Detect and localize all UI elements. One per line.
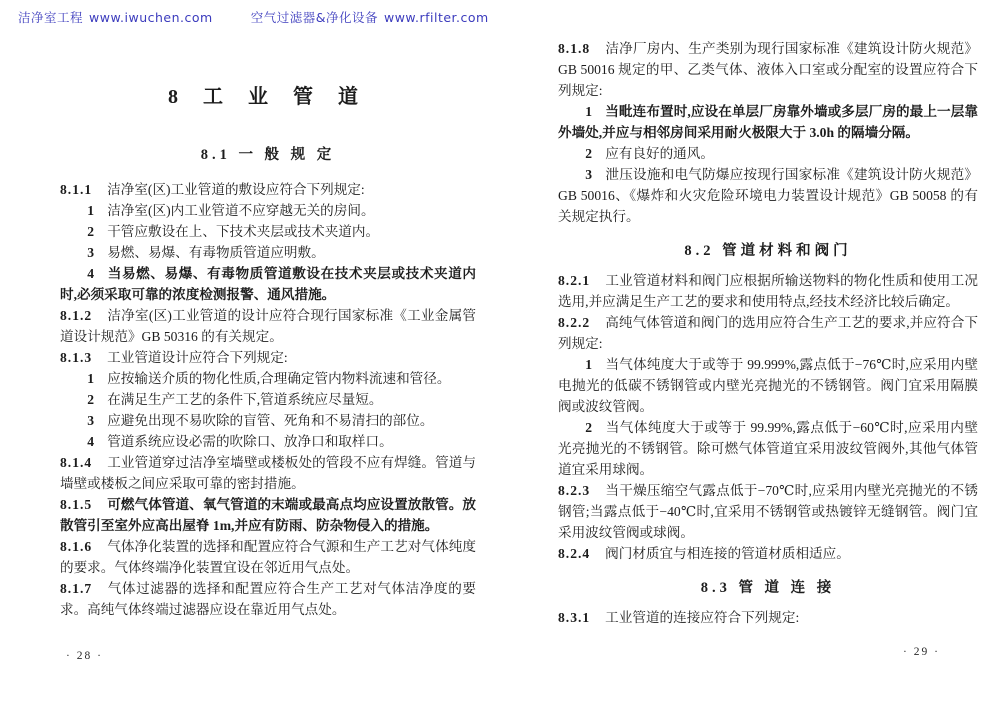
paragraph-text: 可燃气体管道、氧气管道的末端或最高点均应设置放散管。放散管引至室外应高出屋脊 1… — [60, 497, 476, 533]
list-item-paragraph: 4管道系统应设必需的吹除口、放净口和取样口。 — [60, 431, 476, 452]
list-item-paragraph: 4当易燃、易爆、有毒物质管道敷设在技术夹层或技术夹道内时,必须采取可靠的浓度检测… — [60, 263, 476, 305]
clause-paragraph: 8.2.3当干燥压缩空气露点低于−70℃时,应采用内壁光亮抛光的不锈钢管;当露点… — [558, 480, 978, 543]
list-item-paragraph: 1当毗连布置时,应设在单层厂房靠外墙或多层厂房的最上一层靠外墙处,并应与相邻房间… — [558, 101, 978, 143]
paragraph-text: 洁净室(区)内工业管道不应穿越无关的房间。 — [107, 203, 374, 218]
clause-number: 8.1.2 — [60, 308, 92, 323]
list-item-paragraph: 3应避免出现不易吹除的盲管、死角和不易清扫的部位。 — [60, 410, 476, 431]
paragraph-text: 高纯气体管道和阀门的选用应符合生产工艺的要求,并应符合下列规定: — [558, 315, 978, 351]
clause-paragraph: 8.1.2洁净室(区)工业管道的设计应符合现行国家标准《工业金属管道设计规范》G… — [60, 305, 476, 347]
clause-number: 3 — [585, 167, 593, 182]
clause-number: 8.1.3 — [60, 350, 92, 365]
paragraph-text: 在满足生产工艺的条件下,管道系统应尽量短。 — [107, 392, 382, 407]
paragraph-text: 干管应敷设在上、下技术夹层或技术夹道内。 — [107, 224, 379, 239]
paragraph-text: 工业管道的连接应符合下列规定: — [605, 610, 799, 625]
page-number-right: · 29 · — [903, 646, 940, 658]
clause-paragraph: 8.3.1工业管道的连接应符合下列规定: — [558, 607, 978, 628]
clause-number: 8.2.1 — [558, 273, 590, 288]
paragraph-text: 应避免出现不易吹除的盲管、死角和不易清扫的部位。 — [107, 413, 433, 428]
clause-number: 8.1.6 — [60, 539, 92, 554]
chapter-title: 8 工 业 管 道 — [60, 80, 476, 109]
clause-number: 2 — [585, 146, 593, 161]
paragraph-text: 当气体纯度大于或等于 99.999%,露点低于−76℃时,应采用内壁电抛光的低碳… — [558, 357, 978, 414]
clause-paragraph: 8.1.5可燃气体管道、氧气管道的末端或最高点均应设置放散管。放散管引至室外应高… — [60, 494, 476, 536]
clause-number: 8.1.4 — [60, 455, 92, 470]
right-page: 8.1.8洁净厂房内、生产类别为现行国家标准《建筑设计防火规范》GB 50016… — [558, 38, 978, 628]
site-url-left: www.iwuchen.com — [89, 10, 213, 25]
paragraph-text: 工业管道材料和阀门应根据所输送物料的物化性质和使用工况选用,并应满足生产工艺的要… — [558, 273, 978, 309]
clause-number: 2 — [585, 420, 593, 435]
paragraph-text: 当毗连布置时,应设在单层厂房靠外墙或多层厂房的最上一层靠外墙处,并应与相邻房间采… — [558, 104, 978, 140]
paragraph-text: 泄压设施和电气防爆应按现行国家标准《建筑设计防火规范》GB 50016、《爆炸和… — [558, 167, 978, 224]
list-item-paragraph: 2干管应敷设在上、下技术夹层或技术夹道内。 — [60, 221, 476, 242]
clause-number: 1 — [585, 357, 593, 372]
clause-number: 8.1.7 — [60, 581, 92, 596]
list-item-paragraph: 3泄压设施和电气防爆应按现行国家标准《建筑设计防火规范》GB 50016、《爆炸… — [558, 164, 978, 227]
clause-paragraph: 8.1.6气体净化装置的选择和配置应符合气源和生产工艺对气体纯度的要求。气体终端… — [60, 536, 476, 578]
clause-paragraph: 8.2.2高纯气体管道和阀门的选用应符合生产工艺的要求,并应符合下列规定: — [558, 312, 978, 354]
clause-number: 3 — [87, 413, 95, 428]
clause-number: 3 — [87, 245, 95, 260]
clause-paragraph: 8.2.4阀门材质宜与相连接的管道材质相适应。 — [558, 543, 978, 564]
clause-number: 8.2.2 — [558, 315, 590, 330]
list-item-paragraph: 1洁净室(区)内工业管道不应穿越无关的房间。 — [60, 200, 476, 221]
clause-number: 8.3.1 — [558, 610, 590, 625]
paragraph-text: 阀门材质宜与相连接的管道材质相适应。 — [605, 546, 850, 561]
clause-number: 8.2.3 — [558, 483, 590, 498]
clause-number: 2 — [87, 224, 95, 239]
section-heading: 8.3 管 道 连 接 — [558, 576, 978, 597]
left-page: 8 工 业 管 道 8.1 一 般 规 定 8.1.1洁净室(区)工业管道的敷设… — [60, 80, 476, 620]
clause-number: 1 — [87, 203, 95, 218]
left-page-body: 8.1.1洁净室(区)工业管道的敷设应符合下列规定:1洁净室(区)内工业管道不应… — [60, 179, 476, 620]
clause-paragraph: 8.2.1工业管道材料和阀门应根据所输送物料的物化性质和使用工况选用,并应满足生… — [558, 270, 978, 312]
paragraph-text: 气体净化装置的选择和配置应符合气源和生产工艺对气体纯度的要求。气体终端净化装置宜… — [60, 539, 476, 575]
watermark-header: 洁净室工程www.iwuchen.com空气过滤器&净化设备www.rfilte… — [18, 8, 495, 26]
clause-number: 8.1.1 — [60, 182, 92, 197]
clause-paragraph: 8.1.8洁净厂房内、生产类别为现行国家标准《建筑设计防火规范》GB 50016… — [558, 38, 978, 101]
section-heading: 8.2 管道材料和阀门 — [558, 239, 978, 260]
list-item-paragraph: 2当气体纯度大于或等于 99.99%,露点低于−60℃时,应采用内壁光亮抛光的不… — [558, 417, 978, 480]
list-item-paragraph: 1当气体纯度大于或等于 99.999%,露点低于−76℃时,应采用内壁电抛光的低… — [558, 354, 978, 417]
list-item-paragraph: 2在满足生产工艺的条件下,管道系统应尽量短。 — [60, 389, 476, 410]
site-name-right: 空气过滤器&净化设备 — [251, 10, 378, 25]
list-item-paragraph: 3易燃、易爆、有毒物质管道应明敷。 — [60, 242, 476, 263]
clause-number: 8.2.4 — [558, 546, 590, 561]
clause-number: 8.1.8 — [558, 41, 590, 56]
paragraph-text: 管道系统应设必需的吹除口、放净口和取样口。 — [107, 434, 392, 449]
site-name-left: 洁净室工程 — [18, 10, 83, 25]
site-url-right: www.rfilter.com — [384, 10, 489, 25]
paragraph-text: 当气体纯度大于或等于 99.99%,露点低于−60℃时,应采用内壁光亮抛光的不锈… — [558, 420, 978, 477]
paragraph-text: 工业管道穿过洁净室墙壁或楼板处的管段不应有焊缝。管道与墙壁或楼板之间应采取可靠的… — [60, 455, 476, 491]
paragraph-text: 应按输送介质的物化性质,合理确定管内物料流速和管径。 — [107, 371, 450, 386]
list-item-paragraph: 2应有良好的通风。 — [558, 143, 978, 164]
clause-number: 1 — [87, 371, 95, 386]
paragraph-text: 洁净室(区)工业管道的设计应符合现行国家标准《工业金属管道设计规范》GB 503… — [60, 308, 476, 344]
clause-number: 1 — [585, 104, 593, 119]
paragraph-text: 应有良好的通风。 — [605, 146, 714, 161]
clause-number: 8.1.5 — [60, 497, 92, 512]
clause-paragraph: 8.1.3工业管道设计应符合下列规定: — [60, 347, 476, 368]
list-item-paragraph: 1应按输送介质的物化性质,合理确定管内物料流速和管径。 — [60, 368, 476, 389]
section-title: 8.1 一 般 规 定 — [60, 143, 476, 164]
clause-number: 2 — [87, 392, 95, 407]
paragraph-text: 当易燃、易爆、有毒物质管道敷设在技术夹层或技术夹道内时,必须采取可靠的浓度检测报… — [60, 266, 476, 302]
paragraph-text: 气体过滤器的选择和配置应符合生产工艺对气体洁净度的要求。高纯气体终端过滤器应设在… — [60, 581, 476, 617]
paragraph-text: 洁净室(区)工业管道的敷设应符合下列规定: — [107, 182, 365, 197]
clause-paragraph: 8.1.7气体过滤器的选择和配置应符合生产工艺对气体洁净度的要求。高纯气体终端过… — [60, 578, 476, 620]
clause-number: 4 — [87, 266, 95, 281]
clause-paragraph: 8.1.1洁净室(区)工业管道的敷设应符合下列规定: — [60, 179, 476, 200]
page-number-left: · 28 · — [66, 650, 103, 662]
clause-paragraph: 8.1.4工业管道穿过洁净室墙壁或楼板处的管段不应有焊缝。管道与墙壁或楼板之间应… — [60, 452, 476, 494]
paragraph-text: 当干燥压缩空气露点低于−70℃时,应采用内壁光亮抛光的不锈钢管;当露点低于−40… — [558, 483, 978, 540]
right-page-body: 8.1.8洁净厂房内、生产类别为现行国家标准《建筑设计防火规范》GB 50016… — [558, 38, 978, 628]
paragraph-text: 易燃、易爆、有毒物质管道应明敷。 — [107, 245, 325, 260]
clause-number: 4 — [87, 434, 95, 449]
paragraph-text: 工业管道设计应符合下列规定: — [107, 350, 288, 365]
scanned-document-page: 洁净室工程www.iwuchen.com空气过滤器&净化设备www.rfilte… — [0, 0, 1000, 707]
paragraph-text: 洁净厂房内、生产类别为现行国家标准《建筑设计防火规范》GB 50016 规定的甲… — [558, 41, 978, 98]
